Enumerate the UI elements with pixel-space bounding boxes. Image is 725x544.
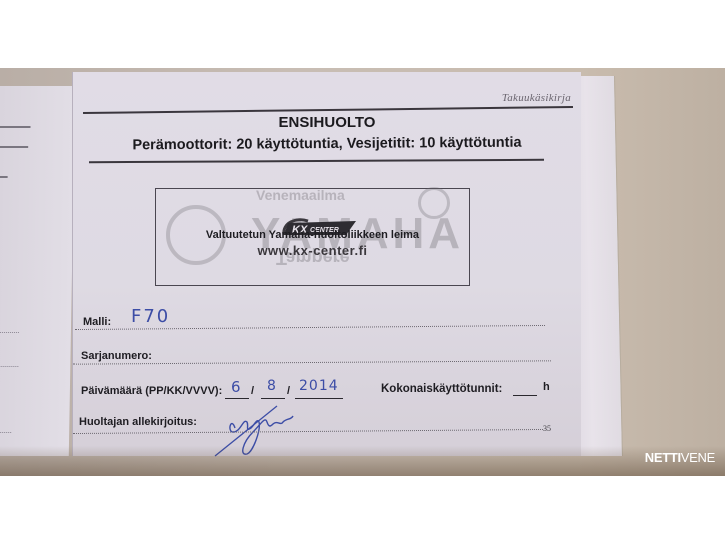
rule [0,176,8,178]
signature-label: Huoltajan allekirjoitus: [79,416,197,428]
left-page [0,86,75,456]
header-rule [83,106,573,113]
dotted-line [0,432,11,433]
document-photo: Takuukäsikirja ENSIHUOLTO Perämoottorit:… [0,68,725,476]
watermark-light: VENE [681,450,715,465]
dotted-line [0,366,18,367]
year-blank [295,398,343,399]
date-year[interactable]: 2014 [299,378,339,394]
date-month[interactable]: 8 [267,378,276,394]
dotted-line [0,332,19,333]
rule [0,146,28,148]
page-number: 35 [543,424,551,433]
stamp-label: Valtuutetun Yamaha-huoltoliikkeen leima [156,229,469,241]
page-title: ENSIHUOLTO [73,114,581,131]
model-label: Malli: [83,316,111,328]
ghost-dealer-name: Venemaailma [256,187,345,203]
rule [0,126,31,128]
total-hours-label: Kokonaiskäyttötunnit: [381,383,502,395]
total-hours-blank[interactable] [513,395,537,396]
day-blank [225,398,249,399]
model-value[interactable]: F70 [131,306,170,327]
subtitle-rule [89,159,544,163]
hours-unit: h [543,381,550,393]
nettivene-watermark: NETTIVENE [645,450,715,465]
page-subtitle: Perämoottorit: 20 käyttötuntia, Vesijeti… [73,134,581,154]
date-label: Päivämäärä (PP/KK/VVVV): [81,385,222,397]
serial-label: Sarjanumero: [81,350,152,362]
running-header: Takuukäsikirja [502,92,571,104]
page-shadow [0,446,725,476]
dealer-stamp-box: Venemaailma YAMAHA Tampere KX CENTER Val… [155,188,470,286]
watermark-bold: NETTI [645,450,681,465]
date-day[interactable]: 6 [231,378,241,396]
warranty-page: Takuukäsikirja ENSIHUOLTO Perämoottorit:… [72,72,581,456]
stamp-url: www.kx-center.fi [156,243,469,258]
date-separator: / [251,385,254,397]
date-separator: / [287,385,290,397]
month-blank [261,398,285,399]
